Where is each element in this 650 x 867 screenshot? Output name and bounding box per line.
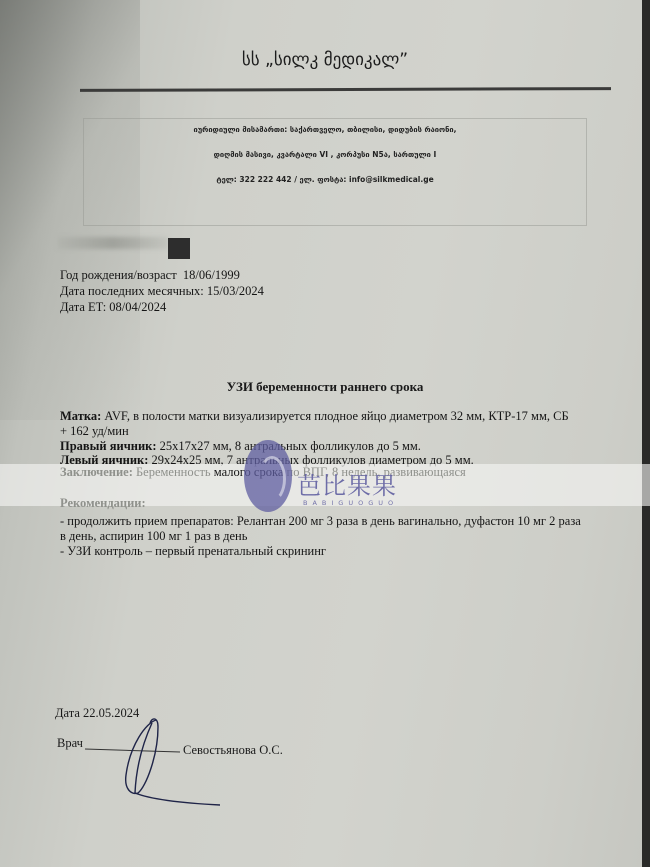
watermark-en-text: BABIGUOGUO [303, 499, 398, 507]
right-ovary-text: 25x17x27 мм, 8 антральных фолликулов до … [157, 439, 421, 453]
contact-line: ტელ: 322 222 442 / ელ. ფოსტა: info@silkm… [0, 175, 650, 184]
et-value: 08/04/2024 [109, 300, 166, 314]
conclusion-label: Заключение: [60, 465, 133, 479]
address-box [83, 118, 587, 226]
uterus-findings: Матка: AVF, в полости матки визуализируе… [60, 409, 620, 425]
uterus-text: AVF, в полости матки визуализируется пло… [101, 409, 568, 423]
birth-label: Год рождения/возраст [60, 268, 177, 282]
address-line-2: დიღმის მასივი, კვარტალი VI , კორპუსი N5ა… [0, 150, 650, 159]
et-row: Дата ET: 08/04/2024 [60, 300, 166, 315]
report-title: УЗИ беременности раннего срока [0, 379, 650, 395]
header-divider [80, 87, 611, 92]
recommendation-2: - УЗИ контроль – первый пренатальный скр… [60, 544, 620, 560]
lmp-value: 15/03/2024 [207, 284, 264, 298]
birth-date-row: Год рождения/возраст 18/06/1999 [60, 268, 240, 283]
uterus-label: Матка: [60, 409, 101, 423]
birth-value: 18/06/1999 [183, 268, 240, 282]
redaction-block [168, 238, 190, 259]
signature-icon [80, 715, 240, 815]
lmp-label: Дата последних месячных: [60, 284, 204, 298]
lmp-row: Дата последних месячных: 15/03/2024 [60, 284, 264, 299]
et-label: Дата ET: [60, 300, 106, 314]
watermark-logo-icon [244, 440, 292, 512]
address-line-1: იურიდიული მისამართი: საქართველო, თბილისი… [0, 125, 650, 134]
watermark-cn-text: 芭比果果 [297, 466, 397, 501]
uterus-findings-cont: + 162 уд/мин [60, 424, 620, 440]
recommendation-1-cont: в день, аспирин 100 мг 1 раз в день [60, 529, 620, 545]
redacted-patient-name [58, 237, 168, 249]
recommendation-1: - продолжить прием препаратов: Релантан … [60, 514, 620, 530]
right-ovary-label: Правый яичник: [60, 439, 157, 453]
clinic-name: სს „სილკ მედიკალ” [0, 50, 650, 70]
document-page: სს „სილკ მედიკალ” იურიდიული მისამართი: ს… [0, 0, 642, 867]
conclusion-text-a: Беременность [133, 465, 214, 479]
